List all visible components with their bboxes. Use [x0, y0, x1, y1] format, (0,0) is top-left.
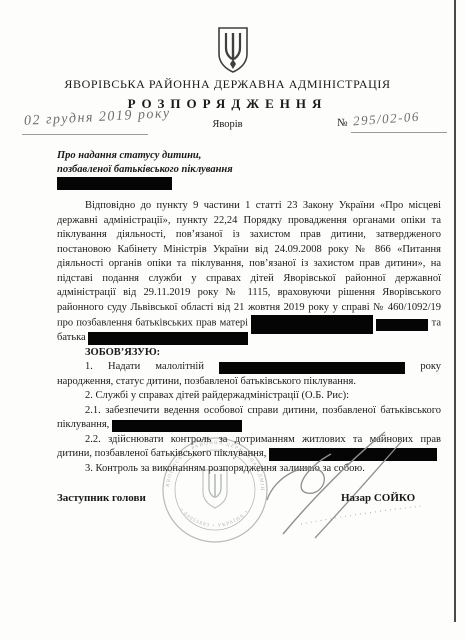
svg-text:• 04055883 • УКРАЇНА •: • 04055883 • УКРАЇНА • — [179, 508, 251, 529]
handwritten-signature-icon — [253, 426, 428, 551]
number-underline — [351, 132, 447, 133]
date-underline — [22, 134, 148, 135]
subject-line-1: Про надання статусу дитини, — [57, 149, 233, 163]
number-label: № — [337, 117, 348, 129]
subject-block: Про надання статусу дитини, позбавленої … — [57, 149, 233, 176]
document-type-title: РОЗПОРЯДЖЕННЯ — [0, 96, 455, 112]
ukraine-trident-icon — [213, 26, 253, 74]
oblige-heading: ЗОБОВ’ЯЗУЮ: — [57, 346, 441, 361]
legal-basis-text: Відповідно до пункту 9 частини 1 статті … — [57, 200, 441, 329]
subject-line-2: позбавленої батьківського піклування — [57, 163, 233, 177]
stamp-bottom-text: • 04055883 • УКРАЇНА • — [179, 508, 251, 529]
item-2: 2. Службі у справах дітей райдержадмініс… — [57, 389, 441, 404]
item-1: 1. Надати малолітній року народження, ст… — [57, 360, 441, 389]
redaction-bar — [112, 420, 242, 432]
redaction-bar — [219, 362, 405, 374]
item-1-start: 1. Надати малолітній — [85, 361, 204, 372]
paragraph-legal-basis: Відповідно до пункту 9 частини 1 статті … — [57, 199, 441, 346]
redaction-bar — [57, 177, 172, 190]
scan-edge-line — [454, 0, 456, 622]
document-page: ЯВОРІВСЬКА РАЙОННА ДЕРЖАВНА АДМІНІСТРАЦІ… — [0, 0, 465, 640]
redaction-bar — [376, 319, 428, 331]
redaction-bar — [88, 332, 248, 345]
signer-name: Назар СОЙКО — [341, 492, 415, 504]
redaction-bar — [251, 315, 373, 334]
signer-position: Заступник голови — [57, 492, 146, 504]
organization-name: ЯВОРІВСЬКА РАЙОННА ДЕРЖАВНА АДМІНІСТРАЦІ… — [0, 77, 455, 92]
